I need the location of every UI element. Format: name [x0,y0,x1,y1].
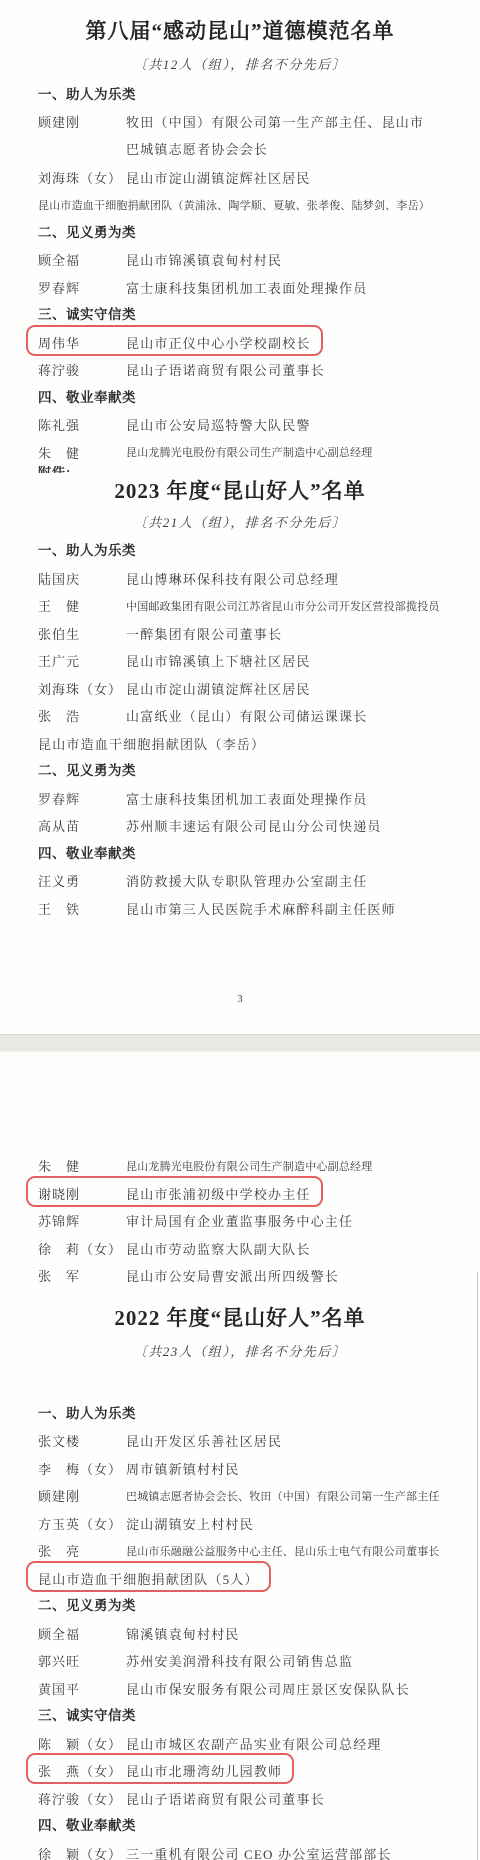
person-name: 谢晓刚 [38,1184,126,1203]
person-entry: 陈 颖（女）昆山市城区农副产品实业有限公司总经理 [38,1730,462,1758]
continuation-list: 朱 健昆山龙腾光电股份有限公司生产制造中心副总经理谢晓刚昆山市张浦初级中学校办主… [0,1060,480,1290]
team-entry: 昆山市造血干细胞捐献团队（黄浦泳、陶学顺、夏敏、张孝俊、陆梦剑、李岳） [38,191,462,219]
person-entry: 王 健中国邮政集团有限公司江苏省昆山市分公司开发区营投部揽投员 [38,592,462,620]
attachment-label-clipped: 附件: [0,466,480,473]
person-entry: 郭兴旺苏州安美润滑科技有限公司销售总监 [38,1647,462,1675]
page-separator [0,1034,480,1052]
person-desc: 锦溪镇袁甸村村民 [126,1624,240,1643]
doc-2023-subtitle: 〔共21人（组），排名不分先后〕 [0,512,480,531]
person-entry: 刘海珠（女）昆山市淀山湖镇淀辉社区居民 [38,164,462,192]
section-heading: 四、敬业奉献类 [38,840,462,868]
person-name: 张文楼 [38,1431,126,1450]
doc-award-subtitle: 〔共12人（组），排名不分先后〕 [0,54,480,73]
attachment-label: 附件: [38,466,71,473]
person-name: 黄国平 [38,1679,126,1698]
person-desc: 昆山市公安局曹安派出所四级警长 [126,1266,339,1285]
person-desc: 昆山市城区农副产品实业有限公司总经理 [126,1734,382,1753]
person-desc: 昆山市正仪中心小学校副校长 [126,333,311,352]
person-desc: 苏州顺丰速运有限公司昆山分公司快递员 [126,816,382,835]
person-desc: 苏州安美润滑科技有限公司销售总监 [126,1651,353,1670]
person-name: 高从苗 [38,816,126,835]
person-desc: 巴城镇志愿者协会会长、牧田（中国）有限公司第一生产部主任 [126,1488,440,1504]
person-entry: 朱 健昆山龙腾光电股份有限公司生产制造中心副总经理 [38,1152,462,1180]
person-name: 张 亮 [38,1541,126,1560]
person-desc: 淀山湖镇安上村村民 [126,1514,254,1533]
person-desc: 牧田（中国）有限公司第一生产部主任、昆山市巴城镇志愿者协会会长 [126,109,428,164]
person-desc: 山富纸业（昆山）有限公司储运课课长 [126,706,367,725]
doc-award-title: 第八届“感动昆山”道德模范名单 [0,0,480,45]
person-entry: 陆国庆昆山博琳环保科技有限公司总经理 [38,565,462,593]
person-name: 陈礼强 [38,415,126,434]
person-name: 刘海珠（女） [38,168,126,187]
person-desc: 消防救援大队专职队管理办公室副主任 [126,871,367,890]
person-desc: 昆山子语诺商贸有限公司董事长 [126,1789,325,1808]
person-entry: 王 铁昆山市第三人民医院手术麻醉科副主任医师 [38,895,462,923]
person-entry: 李 梅（女）周市镇新镇村村民 [38,1455,462,1483]
person-entry: 顾全福昆山市锦溪镇袁甸村村民 [38,246,462,274]
person-name: 汪义勇 [38,871,126,890]
doc-2022-subtitle: 〔共23人（组），排名不分先后〕 [0,1341,480,1360]
person-entry: 刘海珠（女）昆山市淀山湖镇淀辉社区居民 [38,675,462,703]
person-name: 王 铁 [38,899,126,918]
person-name: 罗春辉 [38,278,126,297]
person-name: 张 军 [38,1266,126,1285]
person-name: 苏锦辉 [38,1211,126,1230]
person-desc: 昆山市第三人民医院手术麻醉科副主任医师 [126,899,396,918]
person-entry: 罗春辉富士康科技集团机加工表面处理操作员 [38,785,462,813]
person-name: 刘海珠（女） [38,679,126,698]
person-desc: 审计局国有企业董监事服务中心主任 [126,1211,353,1230]
person-name: 陆国庆 [38,569,126,588]
person-name: 陈 颖（女） [38,1734,126,1753]
person-name: 周伟华 [38,333,126,352]
section-heading: 二、见义勇为类 [38,1592,462,1620]
person-desc: 昆山市保安服务有限公司周庄景区安保队队长 [126,1679,410,1698]
person-desc: 昆山子语诺商贸有限公司董事长 [126,360,325,379]
person-name: 郭兴旺 [38,1651,126,1670]
person-desc: 昆山市公安局巡特警大队民警 [126,415,311,434]
person-entry: 顾建刚牧田（中国）有限公司第一生产部主任、昆山市巴城镇志愿者协会会长 [38,109,462,164]
section-heading: 一、助人为乐类 [38,537,462,565]
person-entry: 张 浩山富纸业（昆山）有限公司储运课课长 [38,702,462,730]
person-entry: 方玉英（女）淀山湖镇安上村村民 [38,1510,462,1538]
person-entry: 蒋泞骏（女）昆山子语诺商贸有限公司董事长 [38,1785,462,1813]
person-entry: 黄国平昆山市保安服务有限公司周庄景区安保队队长 [38,1675,462,1703]
section-heading: 二、见义勇为类 [38,219,462,247]
section-heading: 一、助人为乐类 [38,81,462,109]
person-entry: 张 燕（女）昆山市北珊湾幼儿园教师 [38,1757,462,1785]
section-heading: 二、见义勇为类 [38,757,462,785]
page-edge-line [477,1272,478,1860]
person-desc: 周市镇新镇村村民 [126,1459,240,1478]
person-desc: 昆山市淀山湖镇淀辉社区居民 [126,168,311,187]
person-desc: 昆山市北珊湾幼儿园教师 [126,1761,282,1780]
person-desc: 三一重机有限公司 CEO 办公室运营部部长 [126,1844,392,1860]
person-desc: 昆山市张浦初级中学校办主任 [126,1184,311,1203]
section-heading: 三、诚实守信类 [38,301,462,329]
person-desc: 昆山市锦溪镇上下塘社区居民 [126,651,311,670]
person-entry: 蒋泞骏昆山子语诺商贸有限公司董事长 [38,356,462,384]
person-name: 顾全福 [38,250,126,269]
page-number: 3 [0,994,480,1005]
person-name: 李 梅（女） [38,1459,126,1478]
person-name: 张 浩 [38,706,126,725]
person-name: 顾建刚 [38,109,126,137]
team-name: 昆山市造血干细胞捐献团队（黄浦泳、陶学顺、夏敏、张孝俊、陆梦剑、李岳） [38,197,430,213]
section-heading: 四、敬业奉献类 [38,1812,462,1840]
person-name: 蒋泞骏（女） [38,1789,126,1808]
person-desc: 昆山市乐融融公益服务中心主任、昆山乐士电气有限公司董事长 [126,1543,440,1559]
person-name: 罗春辉 [38,789,126,808]
person-entry: 周伟华昆山市正仪中心小学校副校长 [38,329,462,357]
person-entry: 汪义勇消防救援大队专职队管理办公室副主任 [38,867,462,895]
person-entry: 徐 颖（女）三一重机有限公司 CEO 办公室运营部部长 [38,1840,462,1860]
person-name: 徐 颖（女） [38,1844,126,1860]
person-desc: 昆山龙腾光电股份有限公司生产制造中心副总经理 [126,1158,372,1174]
doc-2022-body: 一、助人为乐类张文楼昆山开发区乐善社区居民李 梅（女）周市镇新镇村村民顾建刚巴城… [0,1400,480,1860]
team-entry: 昆山市造血干细胞捐献团队（5人） [38,1565,462,1593]
person-entry: 谢晓刚昆山市张浦初级中学校办主任 [38,1180,462,1208]
person-desc: 昆山市锦溪镇袁甸村村民 [126,250,282,269]
person-entry: 顾全福锦溪镇袁甸村村民 [38,1620,462,1648]
person-name: 朱 健 [38,443,126,462]
document-page-2: 朱 健昆山龙腾光电股份有限公司生产制造中心副总经理谢晓刚昆山市张浦初级中学校办主… [0,1052,480,1860]
person-entry: 罗春辉富士康科技集团机加工表面处理操作员 [38,274,462,302]
person-desc: 富士康科技集团机加工表面处理操作员 [126,789,367,808]
person-entry: 苏锦辉审计局国有企业董监事服务中心主任 [38,1207,462,1235]
person-desc: 昆山龙腾光电股份有限公司生产制造中心副总经理 [126,444,372,460]
person-name: 徐 莉（女） [38,1239,126,1258]
person-name: 顾全福 [38,1624,126,1643]
person-desc: 中国邮政集团有限公司江苏省昆山市分公司开发区营投部揽投员 [126,598,440,614]
person-entry: 高从苗苏州顺丰速运有限公司昆山分公司快递员 [38,812,462,840]
person-name: 王 健 [38,596,126,615]
person-name: 方玉英（女） [38,1514,126,1533]
section-heading: 一、助人为乐类 [38,1400,462,1428]
person-desc: 一醉集团有限公司董事长 [126,624,282,643]
person-entry: 王广元昆山市锦溪镇上下塘社区居民 [38,647,462,675]
team-name: 昆山市造血干细胞捐献团队（李岳） [38,734,265,753]
doc-2022: 2022 年度“昆山好人”名单 〔共23人（组），排名不分先后〕 一、助人为乐类… [0,1290,480,1860]
person-name: 张 燕（女） [38,1761,126,1780]
document-page-1: 第八届“感动昆山”道德模范名单 〔共12人（组），排名不分先后〕 一、助人为乐类… [0,0,480,1034]
team-name: 昆山市造血干细胞捐献团队（5人） [38,1569,259,1588]
person-desc: 昆山市淀山湖镇淀辉社区居民 [126,679,311,698]
team-entry: 昆山市造血干细胞捐献团队（李岳） [38,730,462,758]
person-name: 蒋泞骏 [38,360,126,379]
person-entry: 陈礼强昆山市公安局巡特警大队民警 [38,411,462,439]
person-entry: 朱 健昆山龙腾光电股份有限公司生产制造中心副总经理 [38,439,462,467]
doc-award: 第八届“感动昆山”道德模范名单 〔共12人（组），排名不分先后〕 一、助人为乐类… [0,0,480,466]
person-entry: 张 亮昆山市乐融融公益服务中心主任、昆山乐士电气有限公司董事长 [38,1537,462,1565]
person-entry: 张 军昆山市公安局曹安派出所四级警长 [38,1262,462,1290]
person-desc: 昆山开发区乐善社区居民 [126,1431,282,1450]
doc-2023-title: 2023 年度“昆山好人”名单 [0,473,480,505]
section-heading: 三、诚实守信类 [38,1702,462,1730]
person-desc: 昆山市劳动监察大队副大队长 [126,1239,311,1258]
person-entry: 顾建刚巴城镇志愿者协会会长、牧田（中国）有限公司第一生产部主任 [38,1482,462,1510]
doc-2023-body: 一、助人为乐类陆国庆昆山博琳环保科技有限公司总经理王 健中国邮政集团有限公司江苏… [0,537,480,922]
person-name: 王广元 [38,651,126,670]
person-desc: 昆山博琳环保科技有限公司总经理 [126,569,339,588]
person-entry: 张文楼昆山开发区乐善社区居民 [38,1427,462,1455]
person-name: 顾建刚 [38,1486,126,1505]
doc-2022-title: 2022 年度“昆山好人”名单 [0,1290,480,1332]
section-heading: 四、敬业奉献类 [38,384,462,412]
person-entry: 徐 莉（女）昆山市劳动监察大队副大队长 [38,1235,462,1263]
person-name: 张伯生 [38,624,126,643]
doc-2023: 2023 年度“昆山好人”名单 〔共21人（组），排名不分先后〕 一、助人为乐类… [0,473,480,922]
doc-award-body: 一、助人为乐类顾建刚牧田（中国）有限公司第一生产部主任、昆山市巴城镇志愿者协会会… [0,81,480,466]
person-entry: 张伯生一醉集团有限公司董事长 [38,620,462,648]
person-name: 朱 健 [38,1156,126,1175]
person-desc: 富士康科技集团机加工表面处理操作员 [126,278,367,297]
